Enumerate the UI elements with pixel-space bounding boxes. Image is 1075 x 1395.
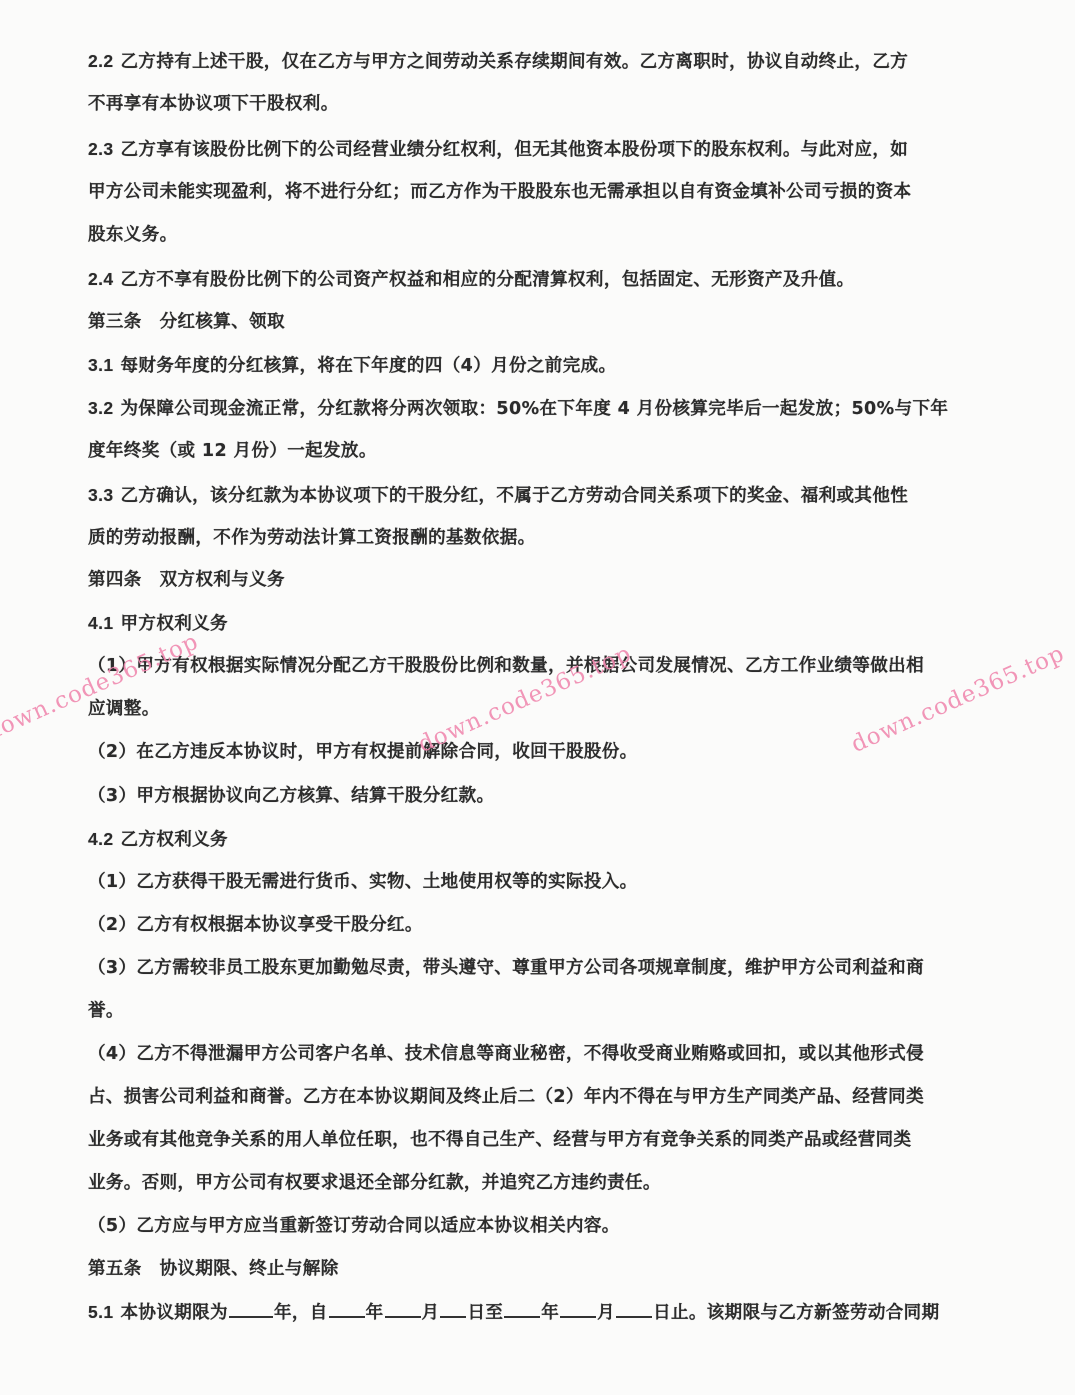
clause-text: 誉。	[88, 1001, 124, 1021]
clause-text: 乙方享有该股份比例下的公司经营业绩分红权利，但无其他资本股份项下的股东权利。与此…	[121, 140, 909, 160]
clause-text: 本协议期限为	[121, 1303, 228, 1323]
clause-text: 日止。该期限与乙方新签劳动合同期	[653, 1303, 939, 1323]
clause-text: 为保障公司现金流正常，分红款将分两次领取：50%在下年度 4 月份核算完毕后一起…	[121, 399, 949, 419]
article-3-heading: 第三条 分红核算、领取	[88, 307, 285, 337]
clause-text: 股东义务。	[88, 225, 178, 245]
clause-text: 月	[597, 1303, 615, 1323]
watermark-left: down.code365.top	[0, 629, 203, 746]
clause-number: 3.2	[88, 398, 114, 418]
clause-text: （5）乙方应与甲方应当重新签订劳动合同以适应本协议相关内容。	[88, 1216, 620, 1236]
clause-text: 年	[366, 1303, 384, 1323]
clause-text: 乙方权利义务	[121, 830, 228, 850]
blank-start-month[interactable]	[385, 1298, 421, 1318]
clause-4-2-item-4-line-2: 占、损害公司利益和商誉。乙方在本协议期间及终止后二（2）年内不得在与甲方生产同类…	[88, 1082, 924, 1112]
clause-text: 每财务年度的分红核算，将在下年度的四（4）月份之前完成。	[121, 356, 617, 376]
clause-text: （1）乙方获得干股无需进行货币、实物、土地使用权等的实际投入。	[88, 872, 638, 892]
clause-number: 2.2	[88, 51, 114, 71]
clause-4-2-item-1: （1）乙方获得干股无需进行货币、实物、土地使用权等的实际投入。	[88, 867, 638, 897]
clause-text: 年，自	[274, 1303, 328, 1323]
blank-end-day[interactable]	[616, 1298, 652, 1318]
clause-4-2-heading: 4.2乙方权利义务	[88, 824, 228, 854]
article-5-heading: 第五条 协议期限、终止与解除	[88, 1254, 339, 1284]
clause-text: 业务或有其他竞争关系的用人单位任职，也不得自己生产、经营与甲方有竞争关系的同类产…	[88, 1130, 911, 1150]
clause-number: 2.3	[88, 139, 114, 159]
blank-term-years[interactable]	[229, 1298, 273, 1318]
blank-end-month[interactable]	[560, 1298, 596, 1318]
clause-text: 甲方权利义务	[121, 614, 228, 634]
clause-3-2-line-1: 3.2为保障公司现金流正常，分红款将分两次领取：50%在下年度 4 月份核算完毕…	[88, 393, 948, 423]
clause-text: 质的劳动报酬，不作为劳动法计算工资报酬的基数依据。	[88, 528, 536, 548]
clause-text: 月	[422, 1303, 440, 1323]
clause-2-2-line-2: 不再享有本协议项下干股权利。	[88, 89, 339, 119]
clause-text: （4）乙方不得泄漏甲方公司客户名单、技术信息等商业秘密，不得收受商业贿赂或回扣，…	[88, 1044, 924, 1064]
clause-5-1: 5.1本协议期限为年，自年月日至年月日止。该期限与乙方新签劳动合同期	[88, 1297, 939, 1327]
clause-text: 占、损害公司利益和商誉。乙方在本协议期间及终止后二（2）年内不得在与甲方生产同类…	[88, 1087, 924, 1107]
clause-number: 3.3	[88, 485, 114, 505]
clause-text: （2）在乙方违反本协议时，甲方有权提前解除合同，收回干股股份。	[88, 742, 638, 762]
clause-text: 乙方持有上述干股，仅在乙方与甲方之间劳动关系存续期间有效。乙方离职时，协议自动终…	[121, 52, 909, 72]
clause-4-2-item-3-line-2: 誉。	[88, 996, 124, 1026]
clause-4-1-heading: 4.1甲方权利义务	[88, 608, 228, 638]
clause-3-1: 3.1每财务年度的分红核算，将在下年度的四（4）月份之前完成。	[88, 350, 616, 380]
clause-text: （2）乙方有权根据本协议享受干股分红。	[88, 915, 423, 935]
clause-4-1-item-2: （2）在乙方违反本协议时，甲方有权提前解除合同，收回干股股份。	[88, 737, 638, 767]
clause-number: 3.1	[88, 355, 114, 375]
clause-text: （1）甲方有权根据实际情况分配乙方干股股份比例和数量，并根据公司发展情况、乙方工…	[88, 656, 924, 676]
blank-start-day[interactable]	[440, 1298, 466, 1318]
clause-text: （3）甲方根据协议向乙方核算、结算干股分红款。	[88, 786, 494, 806]
clause-text: 度年终奖（或 12 月份）一起发放。	[88, 441, 377, 461]
article-4-heading: 第四条 双方权利与义务	[88, 565, 285, 595]
clause-text: 业务。否则，甲方公司有权要求退还全部分红款，并追究乙方违约责任。	[88, 1173, 661, 1193]
clause-text: 甲方公司未能实现盈利，将不进行分红；而乙方作为干股股东也无需承担以自有资金填补公…	[88, 182, 911, 202]
clause-number: 2.4	[88, 269, 114, 289]
clause-4-2-item-4-line-3: 业务或有其他竞争关系的用人单位任职，也不得自己生产、经营与甲方有竞争关系的同类产…	[88, 1125, 911, 1155]
clause-2-4: 2.4乙方不享有股份比例下的公司资产权益和相应的分配清算权利，包括固定、无形资产…	[88, 264, 854, 294]
blank-start-year[interactable]	[329, 1298, 365, 1318]
clause-4-2-item-5: （5）乙方应与甲方应当重新签订劳动合同以适应本协议相关内容。	[88, 1211, 620, 1241]
clause-4-1-item-1-line-2: 应调整。	[88, 694, 160, 724]
clause-2-3-line-2: 甲方公司未能实现盈利，将不进行分红；而乙方作为干股股东也无需承担以自有资金填补公…	[88, 177, 911, 207]
clause-4-2-item-4-line-4: 业务。否则，甲方公司有权要求退还全部分红款，并追究乙方违约责任。	[88, 1168, 661, 1198]
clause-text: 乙方不享有股份比例下的公司资产权益和相应的分配清算权利，包括固定、无形资产及升值…	[121, 270, 855, 290]
clause-3-3-line-2: 质的劳动报酬，不作为劳动法计算工资报酬的基数依据。	[88, 523, 536, 553]
clause-text: 日至	[467, 1303, 503, 1323]
blank-end-year[interactable]	[504, 1298, 540, 1318]
clause-text: （3）乙方需较非员工股东更加勤勉尽责，带头遵守、尊重甲方公司各项规章制度，维护甲…	[88, 958, 924, 978]
article-title: 第三条 分红核算、领取	[88, 312, 285, 332]
article-title: 第四条 双方权利与义务	[88, 570, 285, 590]
clause-text: 年	[541, 1303, 559, 1323]
clause-3-3-line-1: 3.3乙方确认，该分红款为本协议项下的干股分红，不属于乙方劳动合同关系项下的奖金…	[88, 480, 908, 510]
clause-number: 5.1	[88, 1302, 114, 1322]
clause-4-2-item-4-line-1: （4）乙方不得泄漏甲方公司客户名单、技术信息等商业秘密，不得收受商业贿赂或回扣，…	[88, 1039, 924, 1069]
clause-4-1-item-3: （3）甲方根据协议向乙方核算、结算干股分红款。	[88, 781, 494, 811]
clause-2-3-line-3: 股东义务。	[88, 220, 178, 250]
clause-text: 应调整。	[88, 699, 160, 719]
clause-number: 4.2	[88, 829, 114, 849]
clause-4-2-item-2: （2）乙方有权根据本协议享受干股分红。	[88, 910, 423, 940]
clause-3-2-line-2: 度年终奖（或 12 月份）一起发放。	[88, 436, 377, 466]
clause-text: 不再享有本协议项下干股权利。	[88, 94, 339, 114]
clause-4-1-item-1-line-1: （1）甲方有权根据实际情况分配乙方干股股份比例和数量，并根据公司发展情况、乙方工…	[88, 651, 924, 681]
clause-text: 乙方确认，该分红款为本协议项下的干股分红，不属于乙方劳动合同关系项下的奖金、福利…	[121, 486, 909, 506]
clause-4-2-item-3-line-1: （3）乙方需较非员工股东更加勤勉尽责，带头遵守、尊重甲方公司各项规章制度，维护甲…	[88, 953, 924, 983]
article-title: 第五条 协议期限、终止与解除	[88, 1259, 339, 1279]
clause-2-3-line-1: 2.3乙方享有该股份比例下的公司经营业绩分红权利，但无其他资本股份项下的股东权利…	[88, 134, 908, 164]
clause-2-2-line-1: 2.2乙方持有上述干股，仅在乙方与甲方之间劳动关系存续期间有效。乙方离职时，协议…	[88, 46, 908, 76]
clause-number: 4.1	[88, 613, 114, 633]
